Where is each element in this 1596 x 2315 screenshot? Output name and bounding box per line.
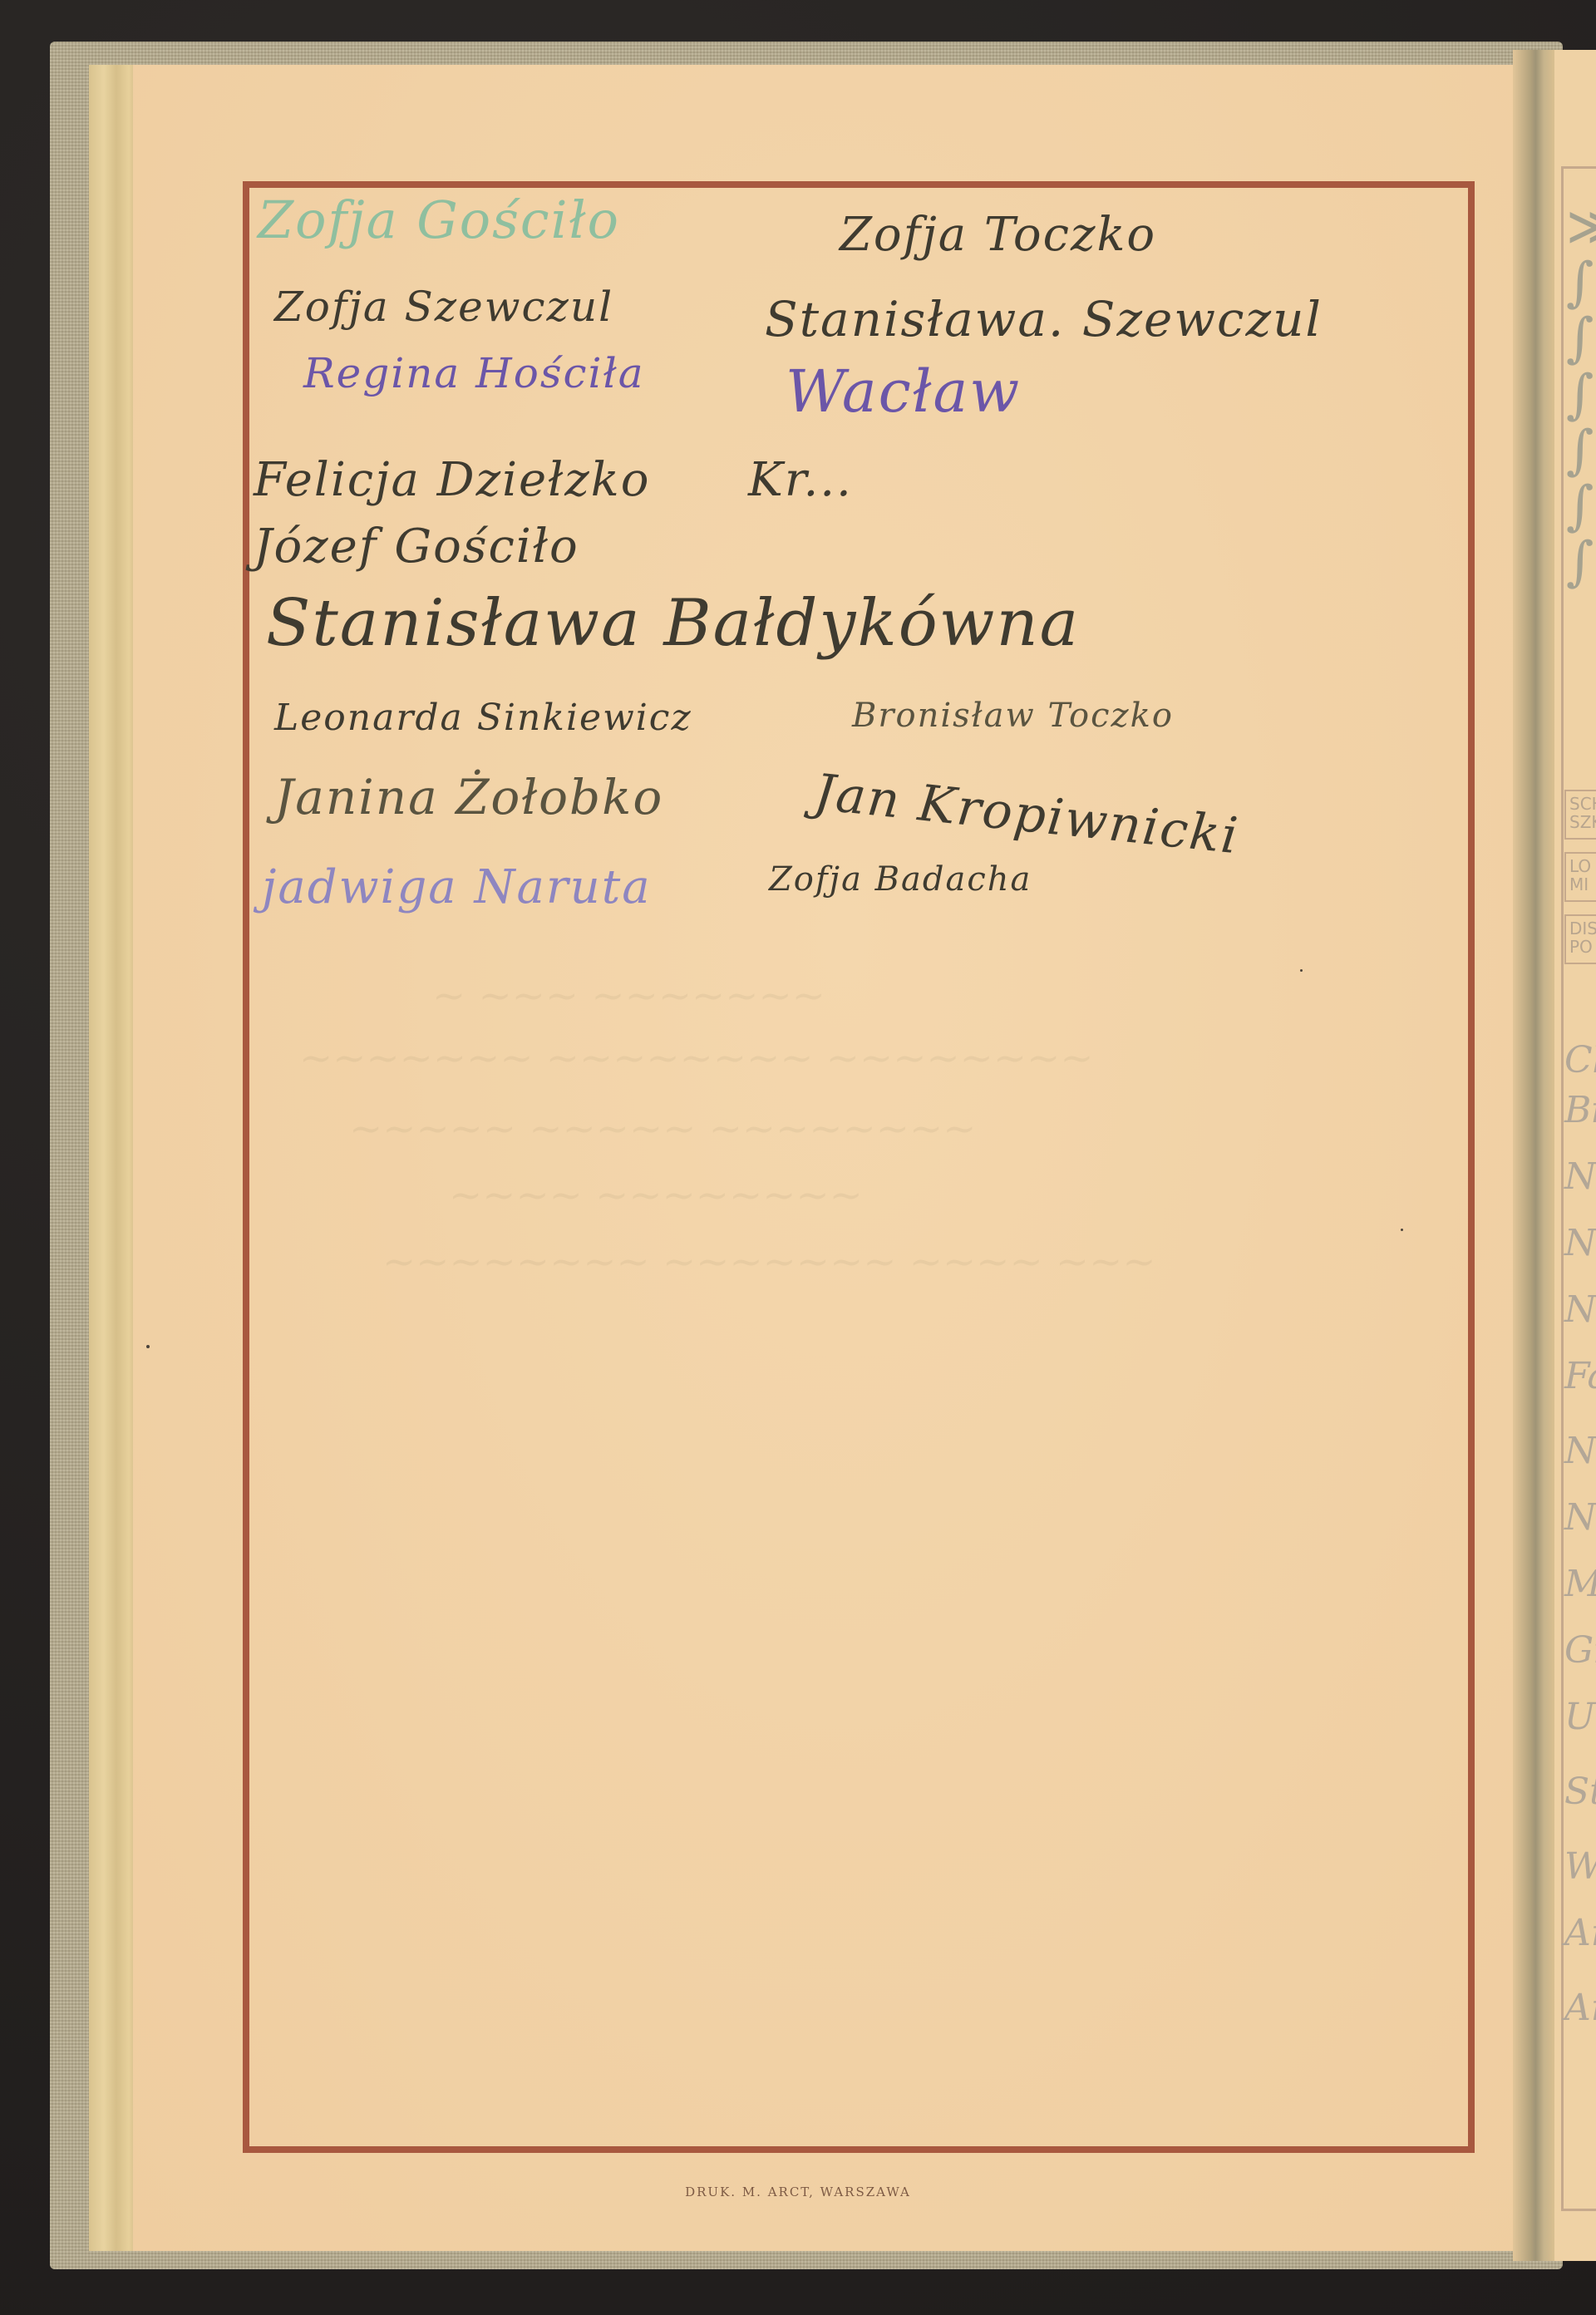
- signature: Stanisława Bałdykówna: [266, 586, 1080, 661]
- bleed-through-text: ~~~~~ ~~~~~ ~~~~~~~~: [349, 1106, 976, 1152]
- next-page-script: St: [1564, 1771, 1596, 1813]
- next-page-script: Wa: [1564, 1845, 1596, 1888]
- next-page-script: Na: [1564, 1288, 1596, 1331]
- signature: Zofja Badacha: [769, 860, 1032, 899]
- next-page-script: Na: [1564, 1155, 1596, 1198]
- signature: Zofja Gościło: [258, 190, 620, 250]
- next-page-script: Na: [1564, 1496, 1596, 1539]
- signature: Regina Hościła: [303, 349, 645, 397]
- next-page-script: Un: [1564, 1696, 1596, 1738]
- next-page-script: Na: [1564, 1430, 1596, 1472]
- next-page-box-3: DIS PO: [1564, 914, 1596, 964]
- next-page-script: Ar: [1564, 1912, 1596, 1954]
- bleed-through-text: ~ ~~~ ~~~~~~~: [432, 973, 825, 1019]
- bleed-through-text: ~~~~ ~~~~~~~~: [449, 1172, 863, 1219]
- paper-speck: [1401, 1229, 1403, 1231]
- page-edges: [89, 65, 139, 2251]
- signature: Stanisława. Szewczul: [765, 291, 1323, 347]
- signature: Felicja Dziełzko: [254, 453, 650, 507]
- next-page-box-1: SCH SZK: [1564, 790, 1596, 840]
- signature: jadwiga Naruta: [262, 860, 652, 914]
- signature: Janina Żołobko: [274, 769, 663, 825]
- next-page-script: Fa: [1564, 1355, 1596, 1397]
- ornament-icon: ≫∫∫∫∫∫∫: [1566, 199, 1596, 848]
- next-page-box-2: LO MI: [1564, 852, 1596, 902]
- next-page-script: Cl: [1564, 1039, 1596, 1081]
- signature: Józef Gościło: [254, 520, 579, 574]
- printer-imprint: DRUK. M. ARCT, WARSZAWA: [0, 2184, 1596, 2199]
- signature: Wacław: [786, 357, 1021, 426]
- next-page-script: Gi: [1564, 1629, 1596, 1672]
- signature: Zofja Toczko: [840, 208, 1156, 262]
- paper-speck: [146, 1345, 150, 1348]
- signature: Zofja Szewczul: [274, 283, 613, 331]
- signature: Leonarda Sinkiewicz: [274, 697, 692, 739]
- signature: Bronisław Toczko: [852, 697, 1174, 735]
- bleed-through-text: ~~~~~~~~ ~~~~~~~ ~~~~ ~~~: [382, 1239, 1156, 1285]
- book-gutter: [1513, 50, 1554, 2261]
- next-page-script: An: [1564, 1987, 1596, 2029]
- next-page-script: Nas: [1564, 1222, 1596, 1264]
- signature: Kr...: [748, 453, 853, 507]
- paper-speck: [1300, 969, 1303, 972]
- next-page-edge: ≫∫∫∫∫∫∫ SCH SZK LO MI DIS PO Cl Bi Na Na…: [1554, 50, 1596, 2261]
- next-page-script: Bi: [1564, 1089, 1596, 1131]
- next-page-script: Mi: [1564, 1563, 1596, 1605]
- bleed-through-text: ~~~~~~~ ~~~~~~~~ ~~~~~~~~: [299, 1035, 1094, 1081]
